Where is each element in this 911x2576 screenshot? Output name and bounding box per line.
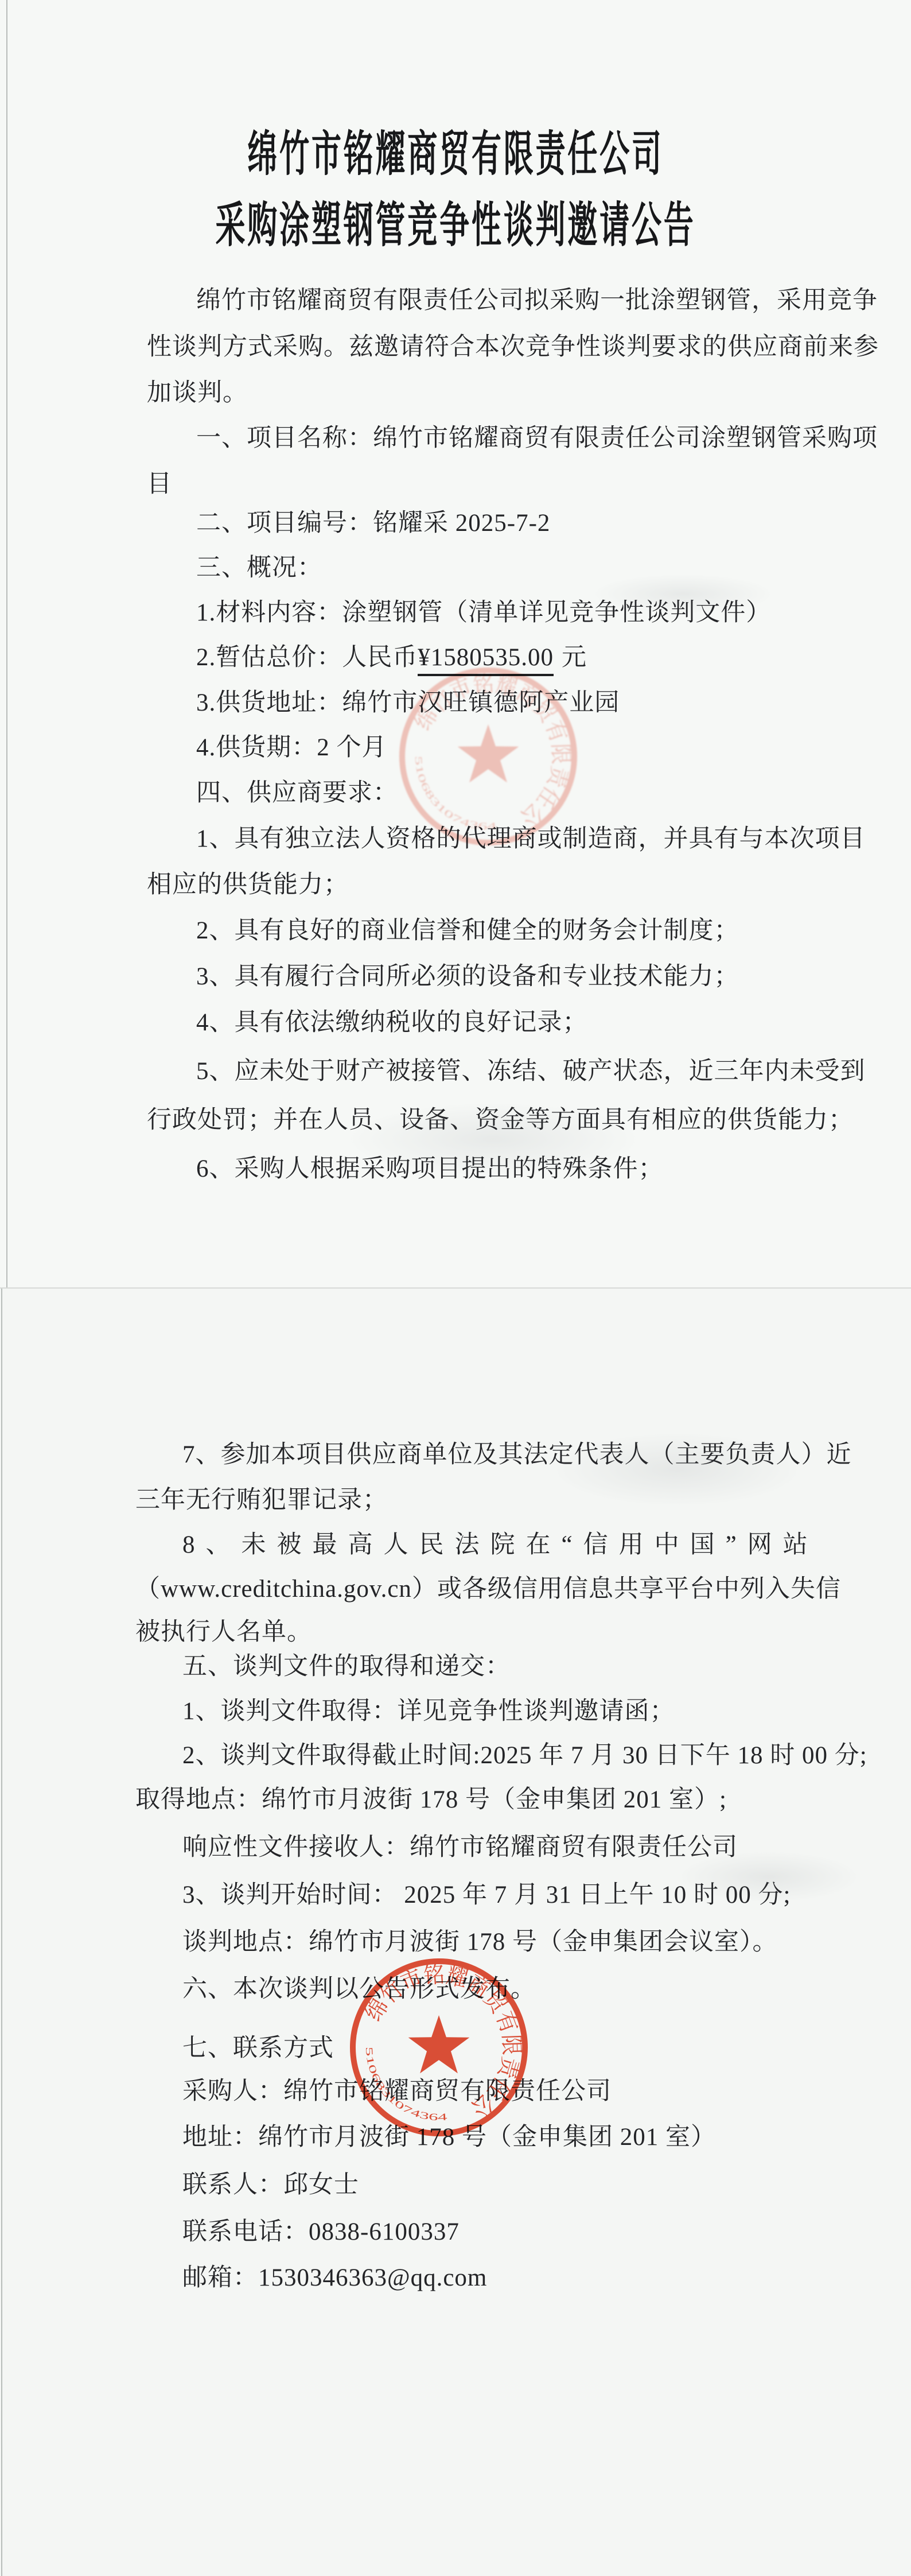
text-line-email: 邮箱：1530346363@qq.com <box>182 2265 487 2290</box>
text-line-phone: 联系电话：0838-6100337 <box>182 2220 460 2244</box>
faint-company-seal: 绵竹市铭耀商贸有限责任公司 5106831074364 <box>392 665 584 847</box>
section-document-obtain: 五、谈判文件的取得和递交： <box>182 1654 511 1679</box>
text-line: 1、谈判文件取得：详见竞争性谈判邀请函； <box>182 1699 675 1724</box>
text-line: 5、应未处于财产被接管、冻结、破产状态，近三年内未受到 <box>196 1059 866 1084</box>
text-line-venue: 谈判地点：绵竹市月波街 178 号（金申集团会议室）。 <box>182 1930 778 1954</box>
section-supplier-requirements: 四、供应商要求： <box>196 781 398 805</box>
scanned-announcement-document: 绵竹市铭耀商贸有限责任公司 采购涂塑钢管竞争性谈判邀请公告 绵竹市铭耀商贸有限责… <box>0 0 911 2576</box>
text-line-creditchina-url: （www.creditchina.gov.cn）或各级信用信息共享平台中列入失信 <box>135 1577 841 1601</box>
text-line: 性谈判方式采购。兹邀请符合本次竞争性谈判要求的供应商前来参 <box>147 335 879 359</box>
page-left-edge <box>1 1289 2 2576</box>
text-line: 三年无行贿犯罪记录； <box>135 1488 388 1512</box>
text-line: 8、未被最高人民法院在“信用中国”网站 <box>182 1533 819 1557</box>
doc-title-line-2: 采购涂塑钢管竞争性谈判邀请公告 <box>0 202 911 250</box>
text-line-obtain-address: 取得地点：绵竹市月波街 178 号（金申集团 201 室）; <box>135 1787 727 1812</box>
text-line-start-time: 3、谈判开始时间： 2025 年 7 月 31 日上午 10 时 00 分; <box>182 1883 791 1907</box>
text-line-receiver: 响应性文件接收人：绵竹市铭耀商贸有限责任公司 <box>182 1835 738 1860</box>
text-line: 被执行人名单。 <box>135 1620 312 1644</box>
doc-title-text: 采购涂塑钢管竞争性谈判邀请公告 <box>215 202 695 250</box>
text-line: 3、具有履行合同所必须的设备和专业技术能力； <box>196 964 739 989</box>
page-1: 绵竹市铭耀商贸有限责任公司 采购涂塑钢管竞争性谈判邀请公告 绵竹市铭耀商贸有限责… <box>0 0 911 1289</box>
text-line-deadline: 2、谈判文件取得截止时间:2025 年 7 月 30 日下午 18 时 00 分… <box>182 1743 867 1768</box>
page-left-edge <box>6 0 7 1287</box>
text-line: 4.供货期：2 个月 <box>196 735 387 760</box>
text-line: 目 <box>147 472 172 496</box>
section-contact: 七、联系方式 <box>182 2036 334 2061</box>
text-line: 相应的供货能力； <box>147 872 349 897</box>
text-line: 4、具有依法缴纳税收的良好记录； <box>196 1010 588 1035</box>
text-line: 2、具有良好的商业信誉和健全的财务会计制度； <box>196 918 739 943</box>
text-line: 绵竹市铭耀商贸有限责任公司拟采购一批涂塑钢管，采用竞争 <box>196 288 878 313</box>
text-line: 1.材料内容：涂塑钢管（清单详见竞争性谈判文件） <box>196 600 771 625</box>
doc-title-line-1: 绵竹市铭耀商贸有限责任公司 <box>0 131 911 179</box>
company-seal <box>343 1956 535 2138</box>
text-line: 6、采购人根据采购项目提出的特殊条件； <box>196 1157 664 1181</box>
price-prefix: 2.暂估总价：人民币 <box>196 644 418 671</box>
text-line-contact-person: 联系人：邱女士 <box>182 2172 359 2197</box>
page-2: 7、参加本项目供应商单位及其法定代表人（主要负责人）近 三年无行贿犯罪记录； 8… <box>0 1289 911 2576</box>
section-overview: 三、概况： <box>196 556 322 580</box>
doc-title-text: 绵竹市铭耀商贸有限责任公司 <box>247 131 663 179</box>
text-line: 7、参加本项目供应商单位及其法定代表人（主要负责人）近 <box>182 1442 852 1467</box>
section-project-number: 二、项目编号：铭耀采 2025-7-2 <box>196 511 550 536</box>
text-line: 行政处罚；并在人员、设备、资金等方面具有相应的供货能力； <box>147 1108 854 1132</box>
text-line: 加谈判。 <box>147 381 248 405</box>
section-project-name: 一、项目名称：绵竹市铭耀商贸有限责任公司涂塑钢管采购项 <box>196 426 878 451</box>
